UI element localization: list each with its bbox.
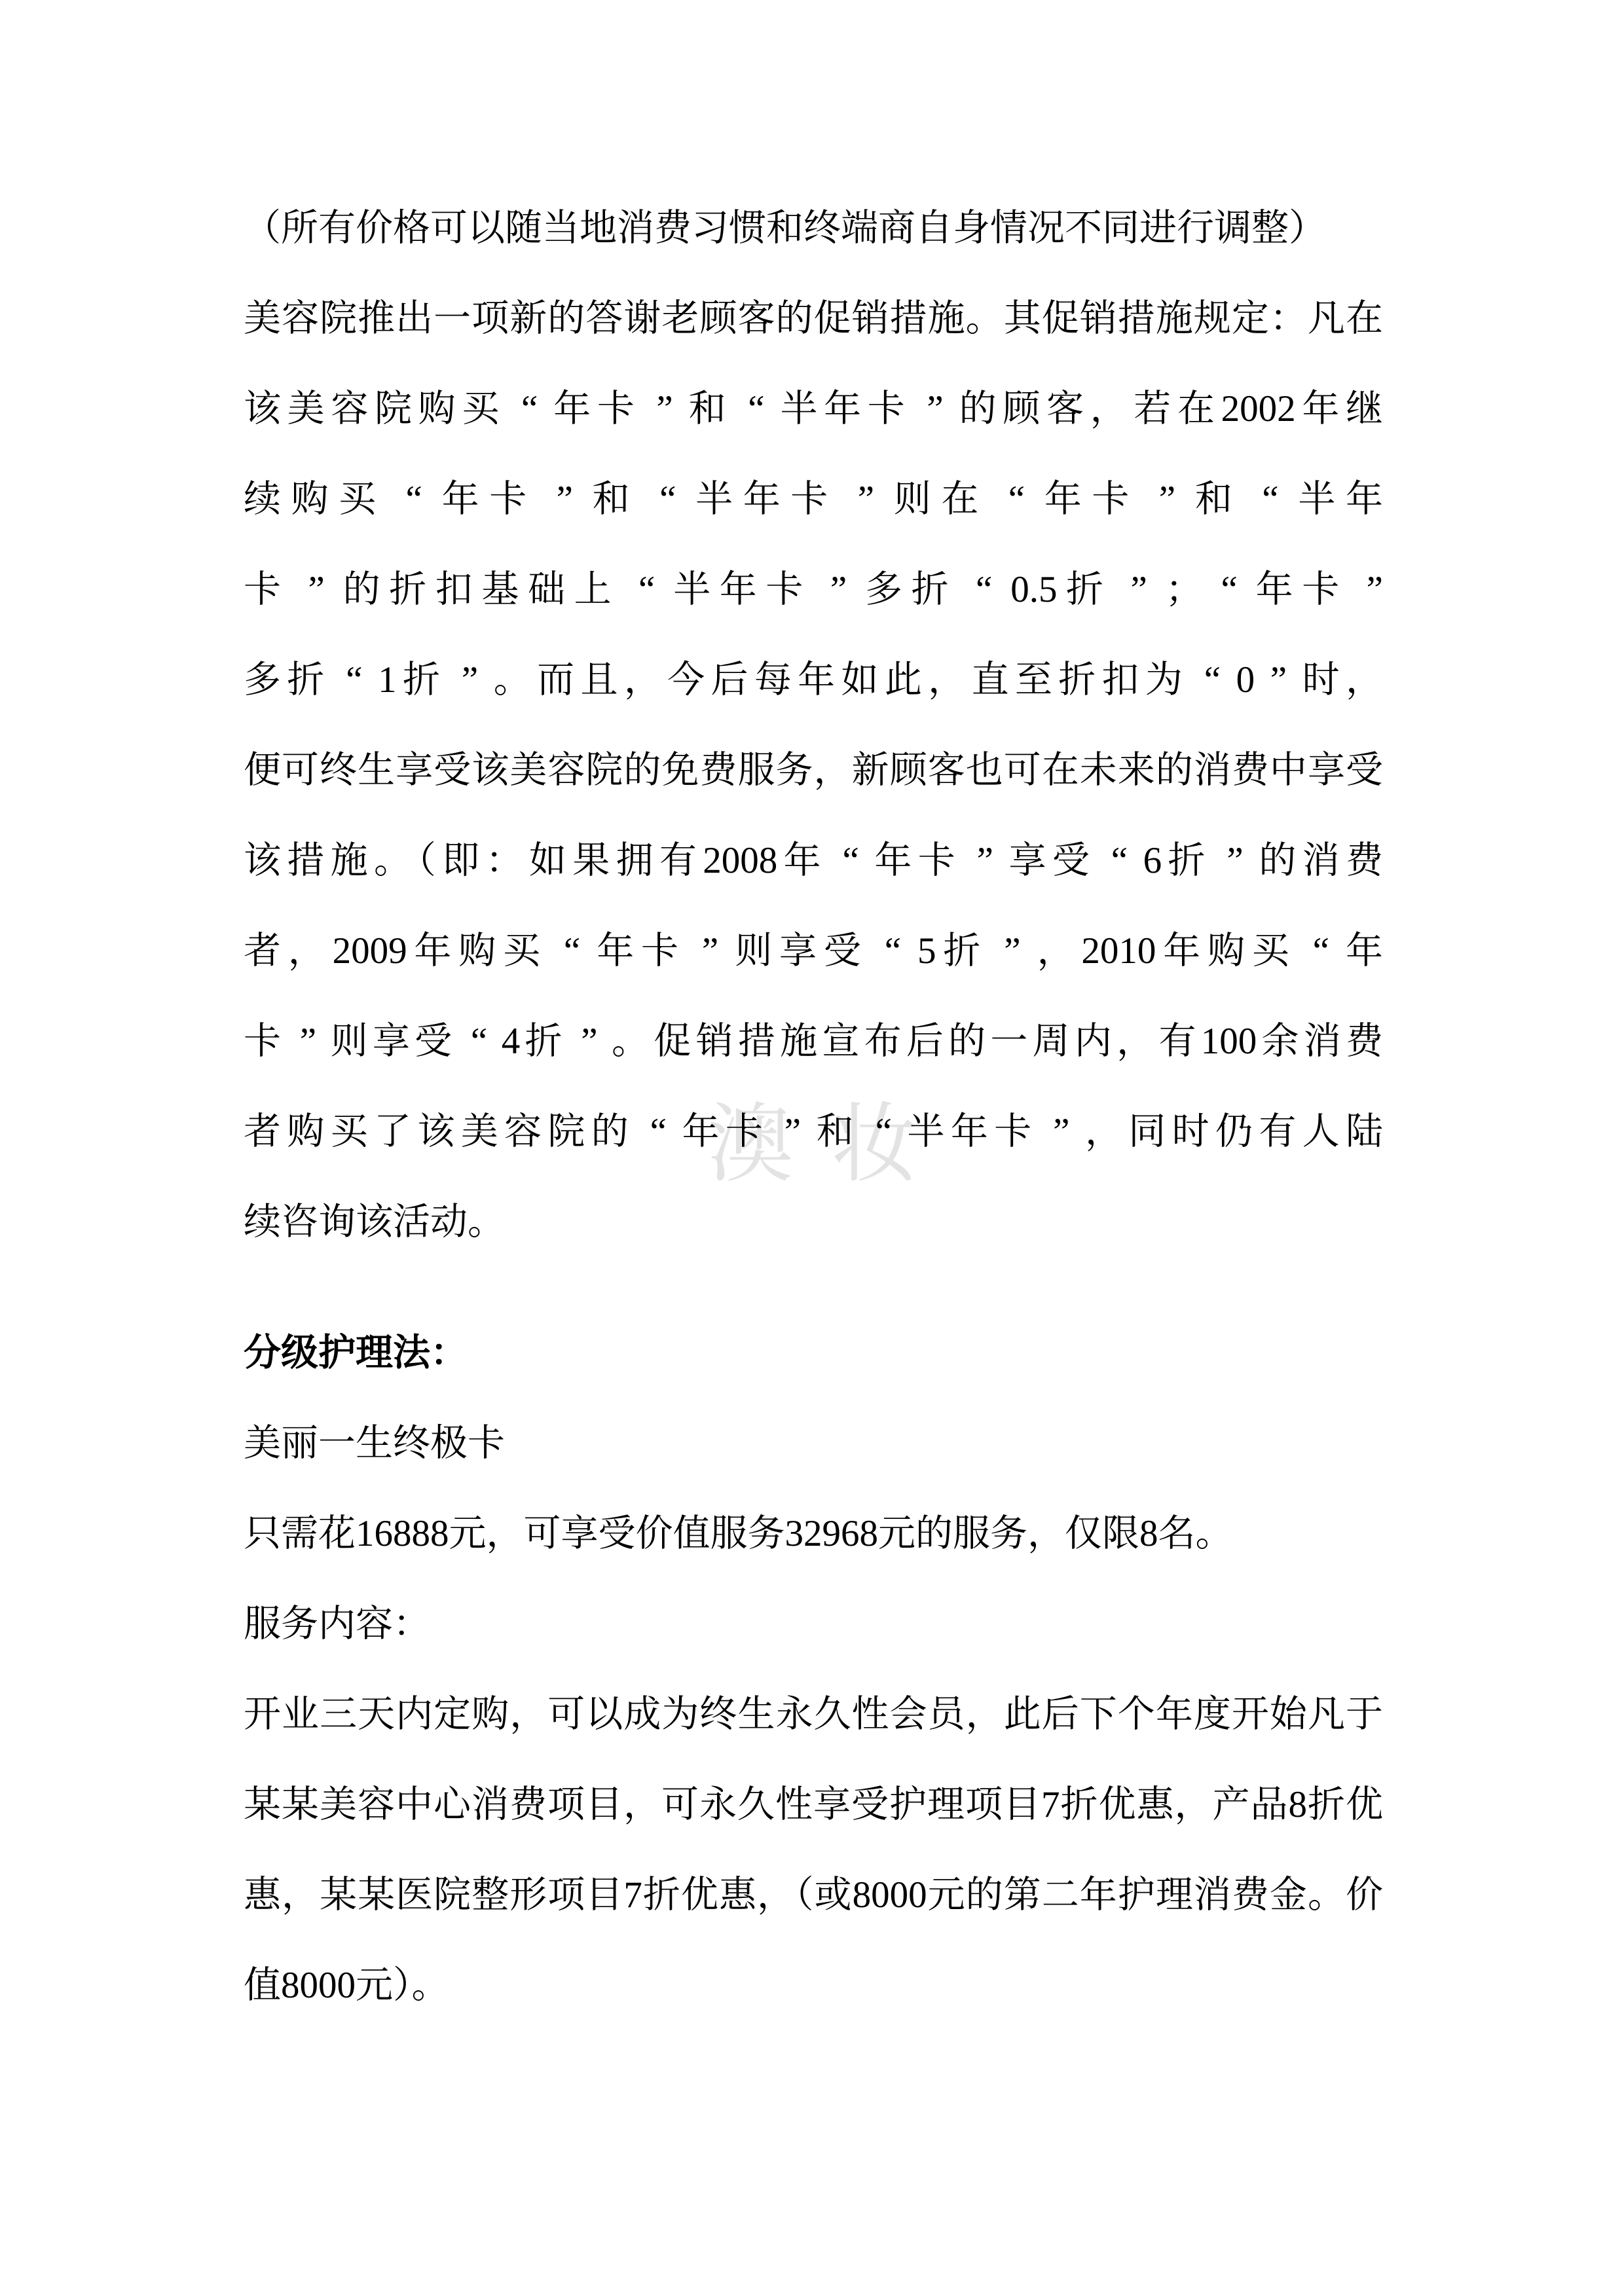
- text-line: 者购买了该美容院的 “ 年卡 ” 和 “ 半年卡 ” ，同时仍有人陆: [244, 1087, 1383, 1177]
- text-line: 者，2009年购买 “ 年卡 ” 则享受 “ 5折 ” ，2010年购买 “ 年: [244, 906, 1383, 996]
- text-line: 服务内容：: [244, 1579, 1383, 1669]
- text-line: 开业三天内定购，可以成为终生永久性会员，此后下个年度开始凡于: [244, 1669, 1383, 1760]
- text-line: 美容院推出一项新的答谢老顾客的促销措施。其促销措施规定：凡在: [244, 274, 1383, 364]
- text-line: 多折 “ 1折 ” 。而且，今后每年如此，直至折扣为 “ 0 ” 时，: [244, 635, 1383, 725]
- text-line: 该美容院购买 “ 年卡 ” 和 “ 半年卡 ” 的顾客，若在2002年继: [244, 364, 1383, 454]
- text-line: 续购买 “ 年卡 ” 和 “ 半年卡 ” 则在 “ 年卡 ” 和 “ 半年: [244, 454, 1383, 545]
- text-line: 某某美容中心消费项目，可永久性享受护理项目7折优惠，产品8折优: [244, 1760, 1383, 1850]
- text-line: 只需花16888元，可享受价值服务32968元的服务，仅限8名。: [244, 1489, 1383, 1579]
- document-page: 澳 妆 （所有价格可以随当地消费习惯和终端商自身情况不同进行调整）美容院推出一项…: [0, 0, 1624, 2296]
- text-line: 便可终生享受该美容院的免费服务，新顾客也可在未来的消费中享受: [244, 725, 1383, 816]
- text-line: 卡 ” 的折扣基础上 “ 半年卡 ” 多折 “ 0.5折 ” ； “ 年卡 ”: [244, 545, 1383, 635]
- text-line: 分级护理法：: [244, 1308, 1383, 1398]
- text-line: 美丽一生终极卡: [244, 1398, 1383, 1489]
- text-line: 卡 ” 则享受 “ 4折 ” 。促销措施宣布后的一周内，有100余消费: [244, 996, 1383, 1087]
- text-line: 值8000元）。: [244, 1941, 1383, 2031]
- text-line: 该措施。（即：如果拥有2008年 “ 年卡 ” 享受 “ 6折 ” 的消费: [244, 816, 1383, 906]
- text-line: 续咨询该活动。: [244, 1177, 1383, 1267]
- text-line: （所有价格可以随当地消费习惯和终端商自身情况不同进行调整）: [244, 183, 1383, 274]
- text-line: 惠，某某医院整形项目7折优惠，（或8000元的第二年护理消费金。价: [244, 1850, 1383, 1941]
- document-body: （所有价格可以随当地消费习惯和终端商自身情况不同进行调整）美容院推出一项新的答谢…: [244, 183, 1383, 2031]
